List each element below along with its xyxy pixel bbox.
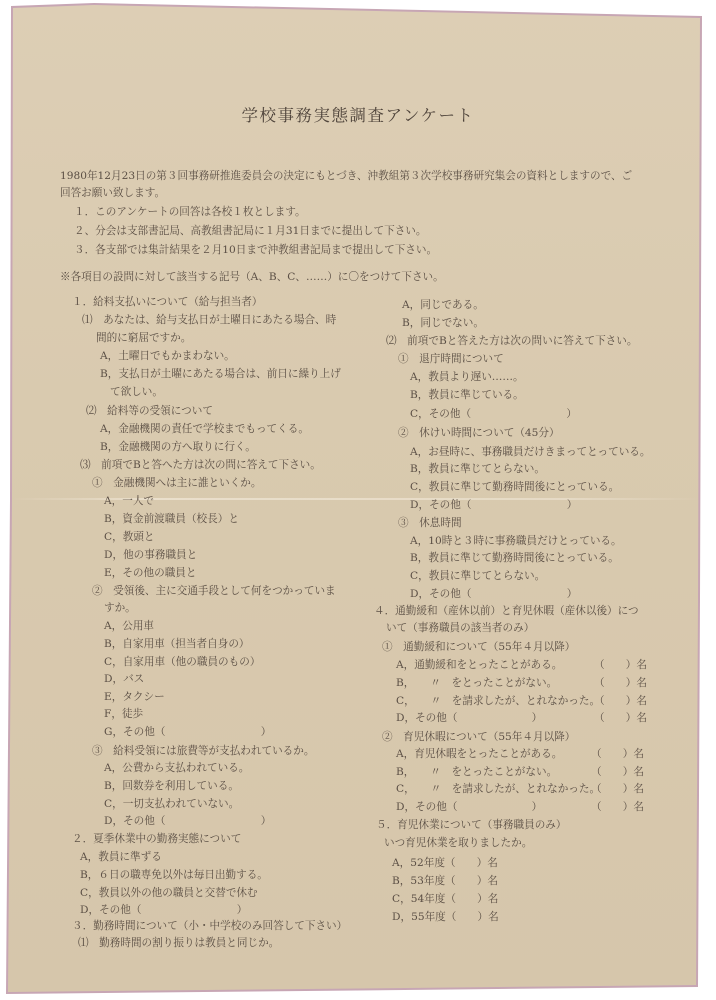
left-column-line-6: て欲しい。 xyxy=(110,385,163,399)
right-column-line-21: A，通勤緩和をとったことがある。 xyxy=(396,658,562,672)
count-blank-8[interactable]: （ ）名 xyxy=(591,800,644,814)
count-blank-3[interactable]: （ ）名 xyxy=(594,694,647,708)
right-column-line-28: C， 〃 を請求したが、とれなかった。 xyxy=(396,782,600,796)
left-column-line-2: ⑴ あなたは、給与支払日が土曜日にあたる場合、時 xyxy=(82,313,336,327)
instruction-note: ※各項目の設問に対して該当する記号（A、B、C、……）に〇をつけて下さい。 xyxy=(60,270,444,284)
left-column-line-4: A，土曜日でもかまわない。 xyxy=(100,349,235,363)
right-column-line-26: A，育児休暇をとったことがある。 xyxy=(396,747,562,761)
right-column-line-16: C，教員に準じてとらない。 xyxy=(410,569,545,583)
left-column-line-14: C，教頭と xyxy=(104,530,154,544)
left-column-line-17: ② 受領後、主に交通手段として何をつかっていま xyxy=(92,584,336,598)
left-column-line-21: C，自家用車（他の職員のもの） xyxy=(104,655,260,669)
right-column-line-12: D，その他（ ） xyxy=(410,498,577,512)
right-column-line-14: A，10時と３時に事務職員だけとっている。 xyxy=(410,534,622,548)
left-column-line-18: すか。 xyxy=(104,601,136,615)
right-column-line-6: B，教員に準じている。 xyxy=(410,388,524,402)
left-column-line-15: D，他の事務職員と xyxy=(104,548,197,562)
left-column-line-22: D，バス xyxy=(104,672,144,686)
left-column-line-10: ⑶ 前項でBと答へた方は次の問に答えて下さい。 xyxy=(80,458,321,472)
rule-1: １．このアンケートの回答は各校１枚とします。 xyxy=(74,205,306,219)
right-column-line-20: ① 通勤緩和について（55年４月以降） xyxy=(382,640,575,654)
right-column-line-8: ② 休けい時間について（45分） xyxy=(398,426,560,440)
right-column-line-23: C， 〃 を請求したが、とれなかった。 xyxy=(396,694,600,708)
left-column-line-13: B，資金前渡職員（校長）と xyxy=(104,512,239,526)
left-column-line-1: １．給料支払いについて（給与担当者） xyxy=(72,295,262,309)
right-column-line-17: D，その他（ ） xyxy=(410,587,577,601)
rule-3: ３．各支部では集計結果を２月10日まで沖教組書記局まで提出して下さい。 xyxy=(74,243,437,257)
right-column-line-30: ５．育児休業について（事務職員のみ） xyxy=(376,818,566,832)
left-column-line-34: C，教員以外の他の職員と交替で休む xyxy=(80,886,258,900)
right-column-line-29: D，その他（ ） xyxy=(396,800,542,814)
right-column-line-35: D，55年度（ ）名 xyxy=(392,910,499,924)
left-column-line-31: ２．夏季休業中の勤務実態について xyxy=(72,832,241,846)
left-column-line-35: D，その他（ ） xyxy=(80,903,247,917)
left-column-line-24: F，徒歩 xyxy=(104,707,143,721)
left-column-line-9: B，金融機関の方へ取りに行く。 xyxy=(100,440,256,454)
right-column-line-13: ③ 休息時間 xyxy=(398,516,462,530)
right-column-line-11: C，教員に準じて勤務時間後にとっている。 xyxy=(410,480,619,494)
right-column-line-25: ② 育児休暇について（55年４月以降） xyxy=(382,730,575,744)
right-column-line-24: D，その他（ ） xyxy=(396,711,542,725)
right-column-line-31: いつ育児休業を取りましたか。 xyxy=(384,836,532,850)
right-column-line-18: ４．通勤緩和（産休以前）と育児休暇（産休以後）につ xyxy=(374,604,639,618)
right-column-line-34: C，54年度（ ）名 xyxy=(392,892,498,906)
left-column-line-23: E，タクシー xyxy=(104,690,165,704)
left-column-line-12: A，一人で xyxy=(104,494,154,508)
left-column-line-36: ３．勤務時間について（小・中学校のみ回答して下さい） xyxy=(72,919,347,933)
intro-text-line-1: 1980年12月23日の第３回事務研推進委員会の決定にもとづき、沖教組第３次学校… xyxy=(60,169,632,183)
left-column-line-37: ⑴ 勤務時間の割り振りは教員と同じか。 xyxy=(78,936,279,950)
document-title: 学校事務実態調査アンケート xyxy=(0,102,716,126)
count-blank-2[interactable]: （ ）名 xyxy=(594,676,647,690)
right-column-line-1: A，同じである。 xyxy=(402,298,484,312)
left-column-line-19: A，公用車 xyxy=(104,619,154,633)
left-column-line-32: A，教員に準ずる xyxy=(80,850,162,864)
left-column-line-11: ① 金融機関へは主に誰といくか。 xyxy=(92,476,262,490)
left-column-line-26: ③ 給料受領には旅費等が支払われているか。 xyxy=(92,744,314,758)
left-column-line-16: E，その他の職員と xyxy=(104,566,196,580)
left-column-line-20: B，自家用車（担当者自身の） xyxy=(104,637,250,651)
count-blank-7[interactable]: （ ）名 xyxy=(591,782,644,796)
intro-text-line-2: 回答お願い致します。 xyxy=(60,186,165,200)
right-column-line-15: B，教員に準じて勤務時間後にとっている。 xyxy=(410,551,619,565)
left-column-line-5: B，支払日が土曜にあたる場合は、前日に繰り上げ xyxy=(100,367,341,381)
right-column-line-4: ① 退庁時間について xyxy=(398,352,504,366)
right-column-line-22: B， 〃 をとったことがない。 xyxy=(396,676,557,690)
right-column-line-3: ⑵ 前項でBと答えた方は次の問いに答えて下さい。 xyxy=(386,334,637,348)
rule-2: ２、分会は支部書記局、高教組書記局に１月31日までに提出して下さい。 xyxy=(74,224,426,238)
right-column-line-33: B，53年度（ ）名 xyxy=(392,874,498,888)
count-blank-6[interactable]: （ ）名 xyxy=(591,765,644,779)
right-column-line-7: C，その他（ ） xyxy=(410,407,577,421)
right-column-line-10: B，教員に準じてとらない。 xyxy=(410,462,545,476)
left-column-line-33: B，６日の職専免以外は毎日出勤する。 xyxy=(80,868,268,882)
left-column-line-28: B，回数券を利用している。 xyxy=(104,779,239,793)
left-column-line-27: A，公費から支払われている。 xyxy=(104,761,249,775)
right-column-line-27: B， 〃 をとったことがない。 xyxy=(396,765,557,779)
count-blank-5[interactable]: （ ）名 xyxy=(591,747,644,761)
right-column-line-9: A，お昼時に、事務職員だけきまってとっている。 xyxy=(410,445,651,459)
left-column-line-25: G，その他（ ） xyxy=(104,725,271,739)
count-blank-1[interactable]: （ ）名 xyxy=(594,658,647,672)
left-column-line-30: D，その他（ ） xyxy=(104,814,271,828)
right-column-line-5: A，教員より遅い……。 xyxy=(410,370,524,384)
left-column-line-8: A，金融機関の責任で学校までもってくる。 xyxy=(100,422,309,436)
count-blank-4[interactable]: （ ）名 xyxy=(594,711,647,725)
right-column-line-32: A，52年度（ ）名 xyxy=(392,856,498,870)
left-column-line-29: C，一切支払われていない。 xyxy=(104,797,239,811)
right-column-line-19: いて（事務職員の該当者のみ） xyxy=(386,621,534,635)
left-column-line-3: 間的に窮屈ですか。 xyxy=(96,331,191,345)
right-column-line-2: B，同じでない。 xyxy=(402,316,484,330)
left-column-line-7: ⑵ 給料等の受領について xyxy=(86,404,213,418)
